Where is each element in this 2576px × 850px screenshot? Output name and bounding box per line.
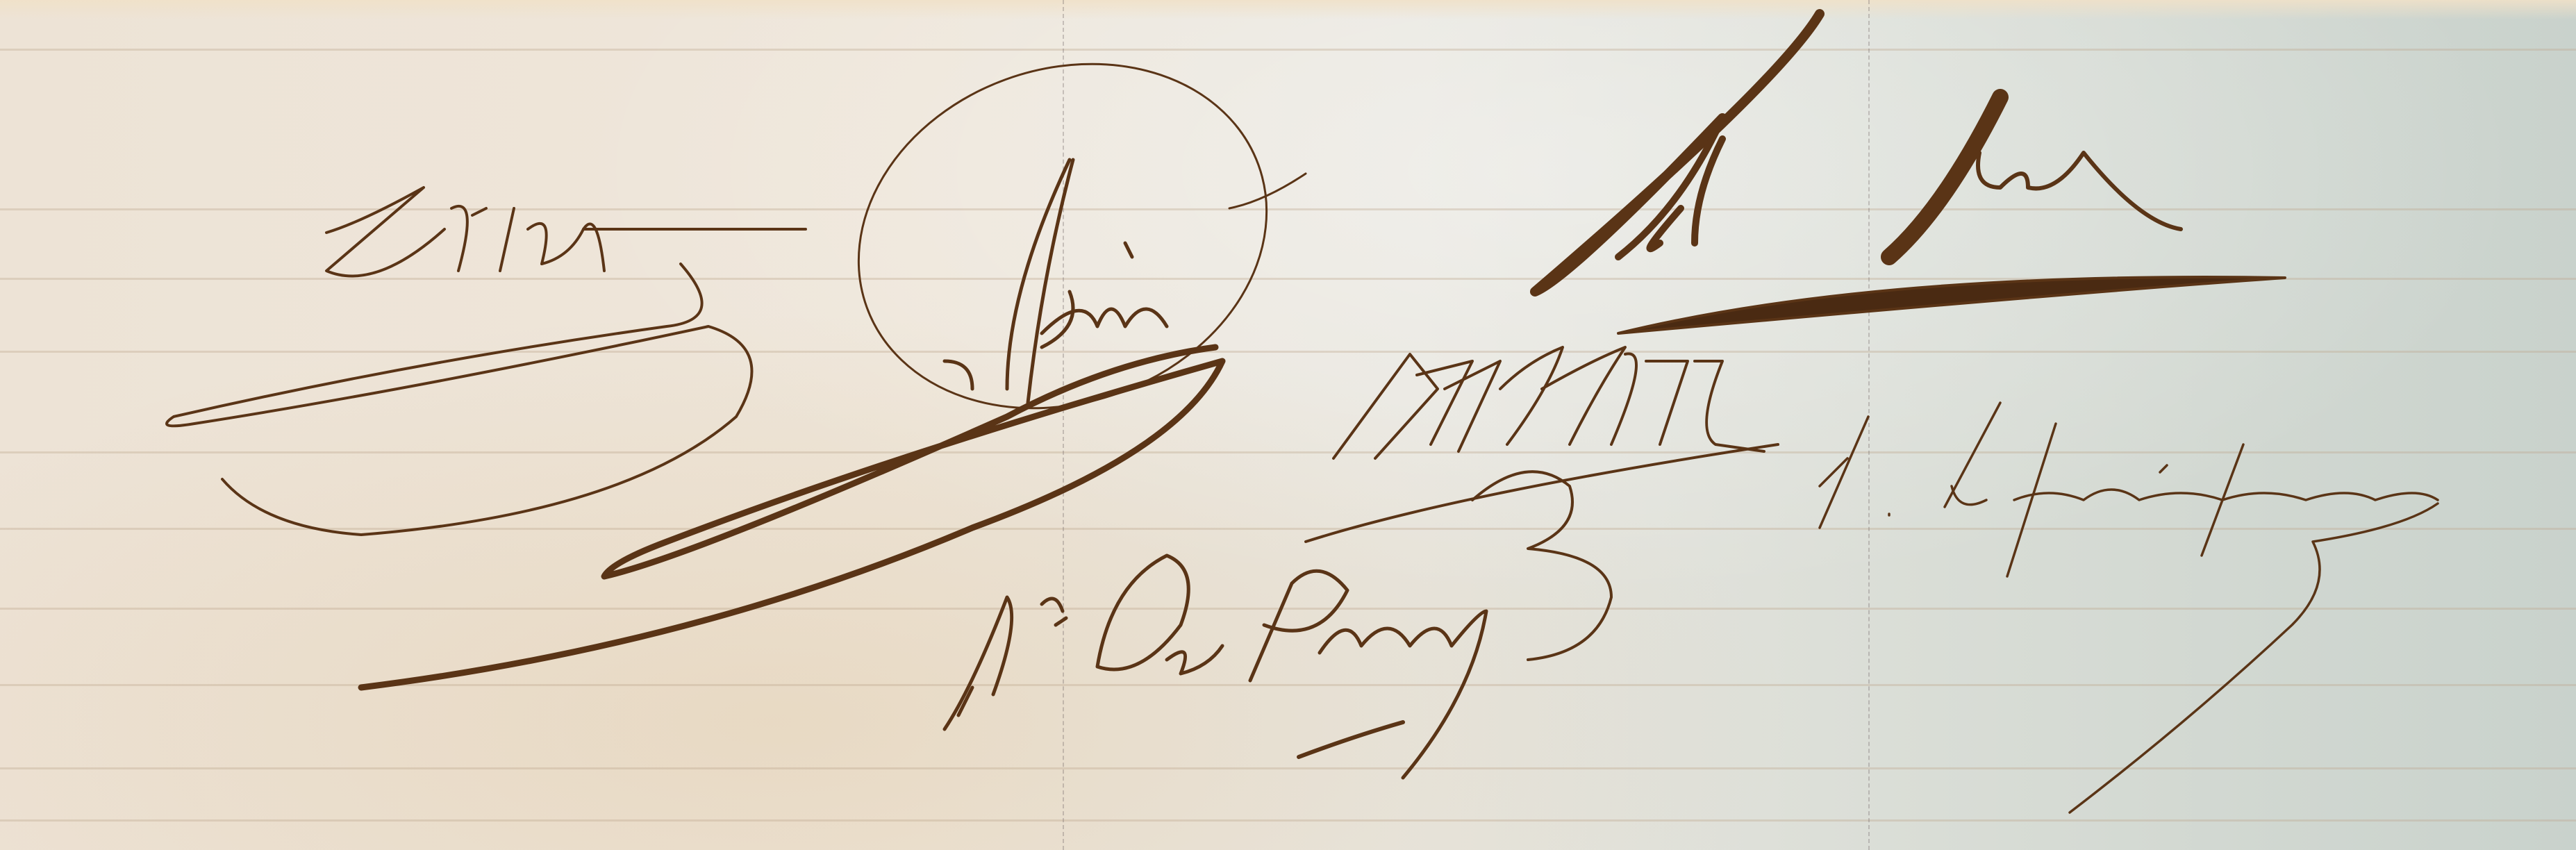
signature-1-text: Lriret bbox=[326, 208, 367, 225]
signature-mourdon bbox=[1306, 347, 1778, 660]
signature-hachette bbox=[1535, 14, 2285, 333]
document-paper: Lriret Dain Hachette Mourdon Bon De Pron… bbox=[0, 0, 2576, 850]
signature-6-text: L. Lefébure de Fourcy bbox=[1840, 486, 1997, 503]
signature-3-text: Hachette bbox=[1736, 174, 1801, 190]
signature-5-text: Bon De Prony bbox=[1042, 646, 1138, 662]
signature-2-text: Dain bbox=[1028, 306, 1061, 322]
signature-4-text: Mourdon bbox=[1389, 403, 1454, 419]
signature-lefebure bbox=[1820, 403, 2438, 812]
signature-de-prony bbox=[945, 556, 1486, 778]
signature-lriret bbox=[167, 187, 806, 535]
signature-dain bbox=[361, 8, 1315, 687]
signatures-ink bbox=[0, 0, 2576, 850]
